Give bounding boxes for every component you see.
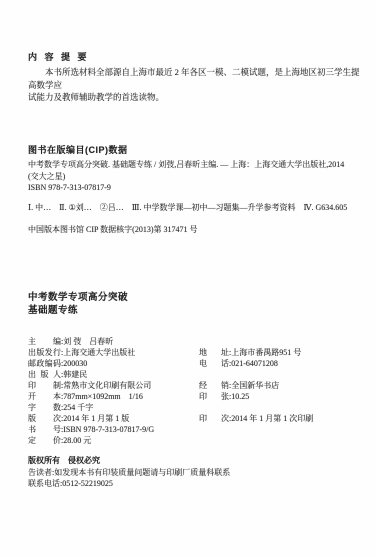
printer-entry: 印制:常熟市文化印刷有限公司 (28, 381, 151, 390)
copyright-notice: 版权所有 侵权必究 (28, 455, 367, 467)
field-value: 全国新华书店 (231, 381, 279, 390)
field-label: 主编 (28, 336, 61, 347)
field-value: 28.00 元 (63, 436, 91, 445)
field-value: 常熟市文化印刷有限公司 (63, 381, 151, 390)
summary-paragraph-line2: 试能力及教师辅助教学的首选读物。 (28, 91, 363, 104)
colophon-row-publisher-person: 出版人:韩建民 (28, 369, 367, 380)
field-value: 韩建民 (63, 370, 87, 379)
copyright-page: 内 容 提 要 本书所选材料全部源自上海市最近 2 年各区一模、二模试题，是上海… (0, 0, 375, 558)
field-label: 字数 (28, 402, 61, 413)
colophon-row-postcode: 邮政编码:200030 电话:021-64071208 (28, 358, 367, 369)
colophon-row-edition: 版次:2014 年 1 月第 1 版 印次:2014 年 1 月第 1 次印刷 (28, 413, 367, 424)
wordcount-entry: 字数:254 千字 (28, 403, 93, 412)
field-value: ISBN 978-7-313-07817-9/G (63, 425, 154, 434)
colophon-row-publisher: 出版发行:上海交通大学出版社 地址:上海市番禺路951 号 (28, 347, 367, 358)
field-label: 开本 (28, 391, 61, 402)
field-label: 出版人 (28, 369, 61, 380)
book-title-block: 中考数学专项高分突破 基础题专练 (28, 291, 128, 317)
isbn-entry: 书号:ISBN 978-7-313-07817-9/G (28, 425, 154, 434)
book-title: 中考数学专项高分突破 (28, 291, 128, 304)
address-entry: 地址:上海市番禺路951 号 (199, 347, 301, 358)
price-entry: 定价:28.00 元 (28, 436, 91, 445)
colophon-row-format: 开本:787mm×1092mm 1/16 印张:10.25 (28, 391, 367, 402)
format-entry: 开本:787mm×1092mm 1/16 (28, 392, 143, 401)
colophon-row-price: 定价:28.00 元 (28, 435, 367, 446)
field-value: 10.25 (231, 392, 249, 401)
colophon-row-wordcount: 字数:254 千字 (28, 402, 367, 413)
editor-entry: 主编:刘 弢 吕春昕 (28, 337, 113, 346)
field-label: 书号 (28, 424, 61, 435)
phone-entry: 电话:021-64071208 (199, 358, 278, 369)
field-label: 印张 (199, 391, 229, 402)
field-label: 电话 (199, 358, 229, 369)
cip-classification: Ⅰ. 中… Ⅱ. ①刘… ②吕… Ⅲ. 中学数学课—初中—习题集—升学参考资料 … (28, 202, 367, 214)
content-summary-section: 内 容 提 要 本书所选材料全部源自上海市最近 2 年各区一模、二模试题，是上海… (28, 50, 363, 104)
field-value: 021-64071208 (231, 359, 278, 368)
cip-series: (交大之星) (28, 171, 367, 183)
cip-isbn: ISBN 978-7-313-07817-9 (28, 182, 367, 194)
field-label: 定价 (28, 435, 61, 446)
sheets-entry: 印张:10.25 (199, 391, 249, 402)
publisher-person-entry: 出版人:韩建民 (28, 370, 87, 379)
contact-phone: 联系电话:0512-52219025 (28, 478, 367, 490)
field-label: 印制 (28, 380, 61, 391)
field-label: 地址 (199, 347, 229, 358)
cip-title-statement: 中考数学专项高分突破. 基础题专练 / 刘弢,吕春昕主编. — 上海：上海交通大… (28, 159, 367, 171)
field-value: 787mm×1092mm 1/16 (63, 392, 143, 401)
postcode-entry: 邮政编码:200030 (28, 359, 87, 368)
publisher-entry: 出版发行:上海交通大学出版社 (28, 348, 135, 357)
reader-note: 告读者:如发现本书有印装质量问题请与印刷厂质量科联系 (28, 467, 367, 479)
impression-entry: 印次:2014 年 1 月第 1 次印刷 (199, 413, 313, 424)
colophon-row-printer: 印制:常熟市文化印刷有限公司 经销:全国新华书店 (28, 380, 367, 391)
book-subtitle: 基础题专练 (28, 304, 128, 317)
distributor-entry: 经销:全国新华书店 (199, 380, 279, 391)
field-value: 2014 年 1 月第 1 版 (63, 414, 129, 423)
field-label: 邮政编码 (28, 358, 61, 369)
field-value: 200030 (63, 359, 87, 368)
field-label: 版次 (28, 413, 61, 424)
field-label: 经销 (199, 380, 229, 391)
field-value: 刘 弢 吕春昕 (63, 337, 113, 346)
edition-entry: 版次:2014 年 1 月第 1 版 (28, 414, 129, 423)
copyright-notice-section: 版权所有 侵权必究 告读者:如发现本书有印装质量问题请与印刷厂质量科联系 联系电… (28, 455, 367, 490)
field-value: 2014 年 1 月第 1 次印刷 (231, 414, 313, 423)
colophon-row-isbn: 书号:ISBN 978-7-313-07817-9/G (28, 424, 367, 435)
field-value: 上海交通大学出版社 (63, 348, 135, 357)
field-label: 印次 (199, 413, 229, 424)
cip-heading: 图书在版编目(CIP)数据 (28, 144, 367, 156)
field-value: 上海市番禺路951 号 (231, 348, 301, 357)
cip-data-section: 图书在版编目(CIP)数据 中考数学专项高分突破. 基础题专练 / 刘弢,吕春昕… (28, 144, 367, 236)
summary-paragraph-line1: 本书所选材料全部源自上海市最近 2 年各区一模、二模试题，是上海地区初三学生提高… (28, 66, 363, 91)
field-label: 出版发行 (28, 347, 61, 358)
colophon-table: 主编:刘 弢 吕春昕 出版发行:上海交通大学出版社 地址:上海市番禺路951 号… (28, 336, 367, 446)
field-value: 254 千字 (63, 403, 93, 412)
summary-heading: 内 容 提 要 (28, 50, 363, 63)
cip-record-number: 中国版本图书馆 CIP 数据核字(2013)第 317471 号 (28, 224, 367, 236)
colophon-row-editor: 主编:刘 弢 吕春昕 (28, 336, 367, 347)
